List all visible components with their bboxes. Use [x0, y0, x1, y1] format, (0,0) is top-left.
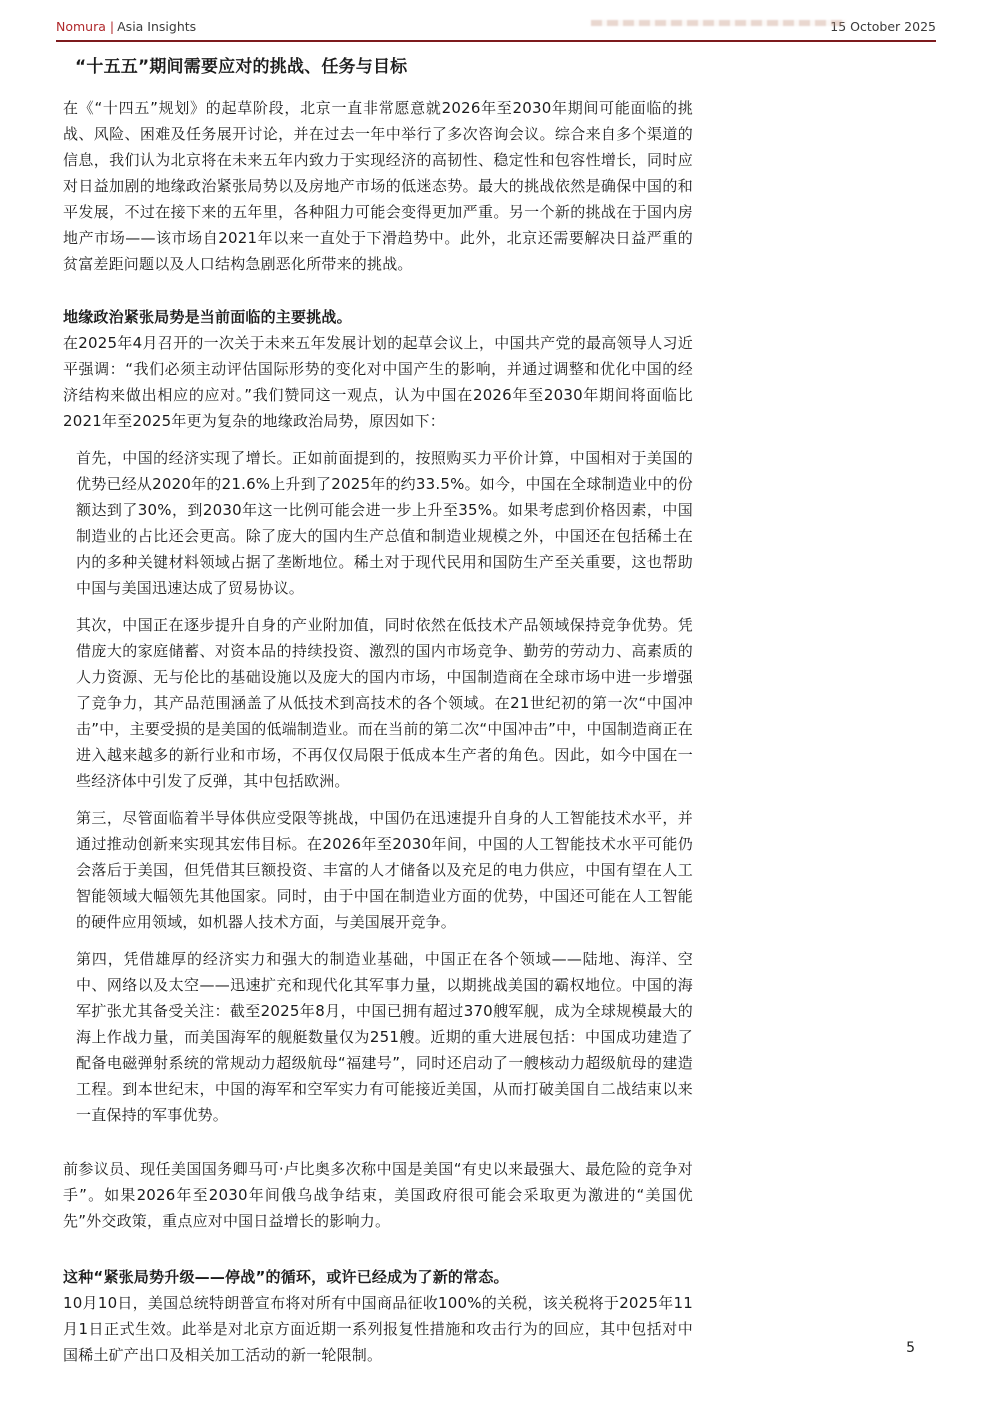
paragraph-section2-body: 10月10日，美国总统特朗普宣布将对所有中国商品征收100%的关税，该关税将于2… [63, 1290, 693, 1368]
report-page: Nomura|Asia Insights 15 October 2025 “十五… [0, 0, 992, 1403]
paragraph-point-3: 第三，尽管面临着半导体供应受限等挑战，中国仍在迅速提升自身的人工智能技术水平，并… [63, 805, 693, 935]
paragraph-section1-body: 在2025年4月召开的一次关于未来五年发展计划的起草会议上，中国共产党的最高领导… [63, 330, 693, 434]
nomura-logo: Nomura [56, 19, 106, 34]
paragraph-point-2: 其次，中国正在逐步提升自身的产业附加值，同时依然在低技术产品领域保持竞争优势。凭… [63, 612, 693, 794]
section-heading-geopolitics: 地缘政治紧张局势是当前面临的主要挑战。 [63, 304, 693, 330]
brand-divider: | [110, 19, 114, 34]
report-date: 15 October 2025 [830, 19, 936, 34]
paragraph-rubio: 前参议员、现任美国国务卿马可·卢比奥多次称中国是美国“有史以来最强大、最危险的竞… [63, 1156, 693, 1234]
page-header: Nomura|Asia Insights 15 October 2025 [56, 19, 936, 42]
page-number: 5 [906, 1340, 915, 1356]
paragraph-intro: 在《“十四五”规划》的起草阶段，北京一直非常愿意就2026年至2030年期间可能… [63, 95, 693, 277]
publication-name: Asia Insights [117, 19, 196, 34]
paragraph-point-1: 首先，中国的经济实现了增长。正如前面提到的，按照购买力平价计算，中国相对于美国的… [63, 445, 693, 601]
article-body: “十五五”期间需要应对的挑战、任务与目标 在《“十四五”规划》的起草阶段，北京一… [63, 54, 693, 1368]
paragraph-point-4: 第四，凭借雄厚的经济实力和强大的制造业基础，中国正在各个领域——陆地、海洋、空中… [63, 946, 693, 1128]
article-title: “十五五”期间需要应对的挑战、任务与目标 [75, 54, 693, 81]
section-heading-new-normal: 这种“紧张局势升级——停战”的循环，或许已经成为了新的常态。 [63, 1264, 693, 1290]
brand: Nomura|Asia Insights [56, 19, 196, 34]
redacted-watermark [591, 20, 846, 26]
